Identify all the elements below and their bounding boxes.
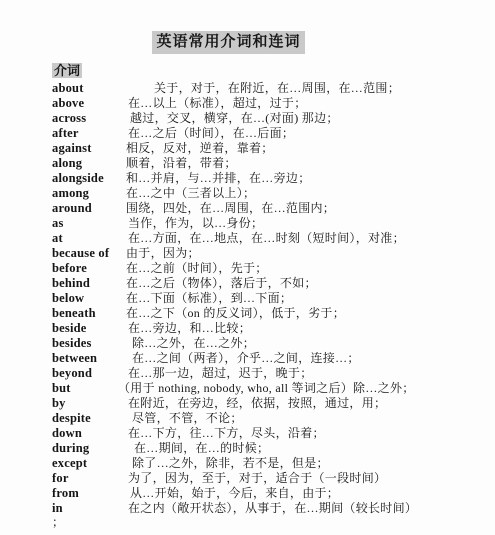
- preposition-list: about关于，对于，在附近，在…周围，在…范围；above在…以上（标准），超…: [52, 81, 495, 516]
- document-page: 英语常用介词和连词 介词 about关于，对于，在附近，在…周围，在…范围；ab…: [0, 0, 495, 535]
- english-word: before: [52, 261, 118, 276]
- english-word: across: [52, 111, 118, 126]
- chinese-definition: 在…之下（on 的反义词），低于，劣于；: [118, 306, 345, 321]
- english-word: among: [52, 186, 118, 201]
- chinese-definition: 由于，因为；: [118, 246, 200, 261]
- english-word: about: [52, 81, 118, 96]
- word-entry: beneath在…之下（on 的反义词），低于，劣于；: [52, 306, 495, 321]
- english-word: beneath: [52, 306, 118, 321]
- chinese-definition: 在…那一边，超过，迟于，晚于；: [118, 366, 313, 381]
- word-entry: about关于，对于，在附近，在…周围，在…范围；: [52, 81, 495, 96]
- word-entry: alongside和…并肩，与…并排，在…旁边；: [52, 171, 495, 186]
- english-word: as: [52, 216, 118, 231]
- word-entry: after在…之后（时间），在…后面；: [52, 126, 495, 141]
- word-entry: beside在…旁边，和…比较；: [52, 321, 495, 336]
- english-word: beyond: [52, 366, 118, 381]
- word-entry: from从…开始，始于，今后，来自，由于；: [52, 486, 495, 501]
- chinese-definition: （用于 nothing, nobody, who, all 等词之后）除…之外；: [118, 381, 415, 396]
- word-entry: above在…以上（标准），超过，过于；: [52, 96, 495, 111]
- chinese-definition: 在…之后（物体），落后于，不如；: [118, 276, 317, 291]
- chinese-definition: 顺着，沿着，带着；: [118, 156, 237, 171]
- english-word: during: [52, 441, 118, 456]
- chinese-definition: 关于，对于，在附近，在…周围，在…范围；: [118, 81, 400, 96]
- word-entry: but（用于 nothing, nobody, who, all 等词之后）除……: [52, 381, 495, 396]
- chinese-definition: 越过，交叉，横穿，在…(对面) 那边；: [118, 111, 339, 126]
- english-word: at: [52, 231, 118, 246]
- english-word: in: [52, 501, 118, 516]
- english-word: beside: [52, 321, 118, 336]
- chinese-definition: 在…期间，在…的时候；: [118, 441, 269, 456]
- english-word: despite: [52, 411, 118, 426]
- chinese-definition: 在…以上（标准），超过，过于；: [118, 96, 307, 111]
- word-entry: because of由于，因为；: [52, 246, 495, 261]
- english-word: down: [52, 426, 118, 441]
- english-word: below: [52, 291, 118, 306]
- section-row: 介词: [52, 63, 495, 78]
- chinese-definition: 围绕，四处，在…周围，在…范围内；: [118, 201, 335, 216]
- word-entry: despite尽管，不管，不论；: [52, 411, 495, 426]
- wrapped-continuation-line: ；: [52, 516, 495, 531]
- chinese-definition: 在…方面，在…地点，在…时刻（短时间），对准；: [118, 231, 405, 246]
- chinese-definition: 在附近，在旁边，经，依据，按照，通过，用；: [118, 396, 386, 411]
- chinese-definition: 除…之外，在…之外；: [118, 336, 255, 351]
- word-entry: against相反，反对，逆着，靠着；: [52, 141, 495, 156]
- word-entry: below在…下面（标准），到…下面；: [52, 291, 495, 306]
- word-entry: for为了，因为，至于，对于，适合于（一段时间）: [52, 471, 495, 486]
- word-entry: among在…之中（三者以上）；: [52, 186, 495, 201]
- chinese-definition: 和…并肩，与…并排，在…旁边；: [118, 171, 311, 186]
- chinese-definition: 在…之间（两者），介乎…之间，连接…；: [118, 351, 360, 366]
- chinese-definition: 当作，作为，以…身份；: [118, 216, 263, 231]
- english-word: against: [52, 141, 118, 156]
- chinese-definition: 从…开始，始于，今后，来自，由于；: [118, 486, 339, 501]
- english-word: except: [52, 456, 118, 471]
- english-word: after: [52, 126, 118, 141]
- word-entry: in在之内（敞开状态），从事于，在…期间（较长时间）: [52, 501, 495, 516]
- chinese-definition: 在…旁边，和…比较；: [118, 321, 251, 336]
- english-word: between: [52, 351, 118, 366]
- chinese-definition: 在…下方，往…下方，尽头，沿着；: [118, 426, 325, 441]
- english-word: along: [52, 156, 118, 171]
- english-word: but: [52, 381, 118, 396]
- word-entry: between在…之间（两者），介乎…之间，连接…；: [52, 351, 495, 366]
- word-entry: during在…期间，在…的时候；: [52, 441, 495, 456]
- title-row: 英语常用介词和连词: [0, 30, 495, 53]
- word-entry: by在附近，在旁边，经，依据，按照，通过，用；: [52, 396, 495, 411]
- english-word: around: [52, 201, 118, 216]
- english-word: above: [52, 96, 118, 111]
- word-entry: at在…方面，在…地点，在…时刻（短时间），对准；: [52, 231, 495, 246]
- english-word: behind: [52, 276, 118, 291]
- word-entry: around围绕，四处，在…周围，在…范围内；: [52, 201, 495, 216]
- english-word: because of: [52, 246, 118, 261]
- word-entry: except除了…之外，除非，若不是，但是；: [52, 456, 495, 471]
- chinese-definition: 在之内（敞开状态），从事于，在…期间（较长时间）: [118, 501, 417, 516]
- english-word: alongside: [52, 171, 118, 186]
- english-word: besides: [52, 336, 118, 351]
- english-word: for: [52, 471, 118, 486]
- chinese-definition: 在…之前（时间），先于；: [118, 261, 268, 276]
- english-word: by: [52, 396, 118, 411]
- chinese-definition: 除了…之外，除非，若不是，但是；: [118, 456, 329, 471]
- word-entry: as当作，作为，以…身份；: [52, 216, 495, 231]
- word-entry: along顺着，沿着，带着；: [52, 156, 495, 171]
- word-entry: across越过，交叉，横穿，在…(对面) 那边；: [52, 111, 495, 126]
- chinese-definition: 在…之后（时间），在…后面；: [118, 126, 294, 141]
- section-heading: 介词: [52, 63, 82, 78]
- chinese-definition: 在…下面（标准），到…下面；: [118, 291, 292, 306]
- page-title: 英语常用介词和连词: [152, 31, 304, 54]
- english-word: from: [52, 486, 118, 501]
- word-entry: behind在…之后（物体），落后于，不如；: [52, 276, 495, 291]
- chinese-definition: 相反，反对，逆着，靠着；: [118, 141, 274, 156]
- chinese-definition: 尽管，不管，不论；: [118, 411, 243, 426]
- word-entry: before在…之前（时间），先于；: [52, 261, 495, 276]
- word-entry: besides除…之外，在…之外；: [52, 336, 495, 351]
- chinese-definition: 在…之中（三者以上）；: [118, 186, 255, 201]
- chinese-definition: 为了，因为，至于，对于，适合于（一段时间）: [118, 471, 386, 486]
- word-entry: beyond在…那一边，超过，迟于，晚于；: [52, 366, 495, 381]
- word-entry: down在…下方，往…下方，尽头，沿着；: [52, 426, 495, 441]
